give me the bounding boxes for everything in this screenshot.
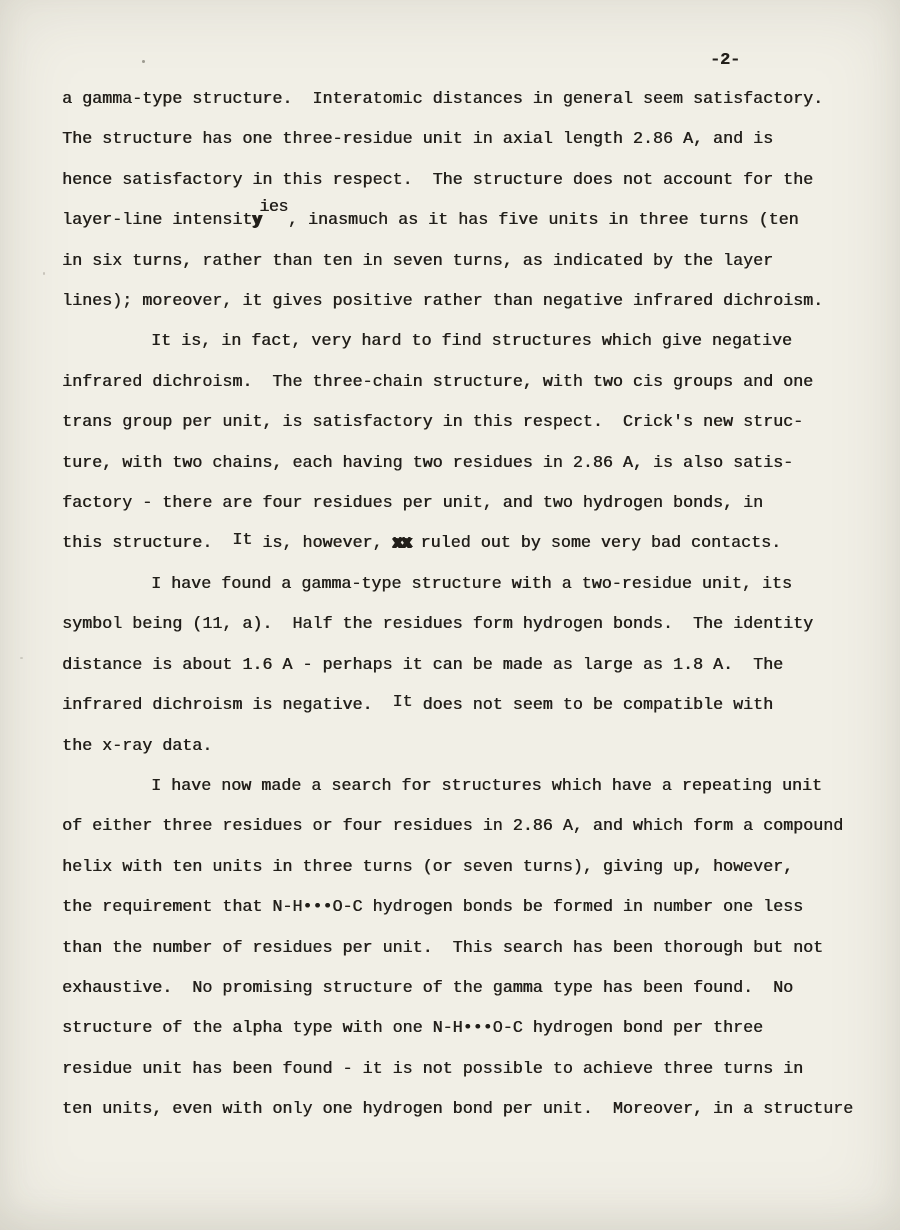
- text-segment: helix with ten units in three turns (or …: [62, 858, 793, 877]
- text-line: I have now made a search for structures …: [62, 767, 882, 807]
- text-segment-sup: ies: [259, 198, 288, 217]
- typewritten-text: a gamma-type structure. Interatomic dist…: [62, 80, 882, 1131]
- text-segment: of either three residues or four residue…: [62, 817, 843, 836]
- text-segment: the x-ray data.: [62, 737, 212, 756]
- text-line: layer-line intensityies, inasmuch as it …: [62, 201, 882, 241]
- text-segment: exhaustive. No promising structure of th…: [62, 979, 793, 998]
- text-line: lines); moreover, it gives positive rath…: [62, 282, 882, 322]
- text-line: the x-ray data.: [62, 727, 882, 767]
- text-line: I have found a gamma-type structure with…: [62, 565, 882, 605]
- text-segment: does not seem to be compatible with: [413, 696, 774, 715]
- text-segment: residue unit has been found - it is not …: [62, 1060, 803, 1079]
- text-segment: ten units, even with only one hydrogen b…: [62, 1100, 853, 1119]
- text-line: symbol being (11, a). Half the residues …: [62, 605, 882, 645]
- text-segment: infrared dichroism. The three-chain stru…: [62, 373, 813, 392]
- text-segment: is, however,: [252, 534, 392, 553]
- text-segment: layer-line intensit: [62, 211, 252, 230]
- text-line: The structure has one three-residue unit…: [62, 120, 882, 160]
- text-line: infrared dichroism is negative. It does …: [62, 686, 882, 726]
- text-line: ture, with two chains, each having two r…: [62, 444, 882, 484]
- text-segment: I have found a gamma-type structure with…: [151, 575, 792, 594]
- text-line: of either three residues or four residue…: [62, 807, 882, 847]
- text-line: than the number of residues per unit. Th…: [62, 929, 882, 969]
- text-segment: a gamma-type structure. Interatomic dist…: [62, 90, 823, 109]
- text-line: the requirement that N-H•••O-C hydrogen …: [62, 888, 882, 928]
- text-segment: The structure has one three-residue unit…: [62, 130, 773, 149]
- text-segment: than the number of residues per unit. Th…: [62, 939, 823, 958]
- text-segment: It is, in fact, very hard to find struct…: [151, 332, 792, 351]
- text-line: a gamma-type structure. Interatomic dist…: [62, 80, 882, 120]
- page-number: -2-: [710, 41, 740, 81]
- text-line: this structure. It is, however, xx ruled…: [62, 524, 882, 564]
- text-segment: I have now made a search for structures …: [151, 777, 822, 796]
- text-segment: infrared dichroism is negative.: [62, 696, 392, 715]
- text-line: ten units, even with only one hydrogen b…: [62, 1090, 882, 1130]
- text-segment: factory - there are four residues per un…: [62, 494, 763, 513]
- text-segment: distance is about 1.6 A - perhaps it can…: [62, 656, 783, 675]
- paper-speck: [142, 60, 145, 63]
- document-page: -2- a gamma-type structure. Interatomic …: [0, 0, 900, 1230]
- text-segment-blot: xx: [392, 534, 410, 553]
- text-segment: in six turns, rather than ten in seven t…: [62, 252, 773, 271]
- text-line: infrared dichroism. The three-chain stru…: [62, 363, 882, 403]
- paper-speck: [20, 657, 23, 659]
- text-segment: symbol being (11, a). Half the residues …: [62, 615, 813, 634]
- text-segment: , inasmuch as it has five units in three…: [288, 211, 799, 230]
- text-segment: hence satisfactory in this respect. The …: [62, 171, 813, 190]
- text-line: distance is about 1.6 A - perhaps it can…: [62, 646, 882, 686]
- text-segment: ture, with two chains, each having two r…: [62, 454, 793, 473]
- text-line: helix with ten units in three turns (or …: [62, 848, 882, 888]
- text-segment: structure of the alpha type with one N-H…: [62, 1019, 763, 1038]
- text-segment: this structure.: [62, 534, 232, 553]
- text-line: in six turns, rather than ten in seven t…: [62, 242, 882, 282]
- text-line: exhaustive. No promising structure of th…: [62, 969, 882, 1009]
- text-segment-up: It: [232, 531, 252, 550]
- text-line: structure of the alpha type with one N-H…: [62, 1009, 882, 1049]
- text-segment: ruled out by some very bad contacts.: [411, 534, 782, 553]
- paper-speck: [43, 272, 45, 275]
- text-line: residue unit has been found - it is not …: [62, 1050, 882, 1090]
- text-line: hence satisfactory in this respect. The …: [62, 161, 882, 201]
- text-line: factory - there are four residues per un…: [62, 484, 882, 524]
- text-line: It is, in fact, very hard to find struct…: [62, 322, 882, 362]
- text-segment: the requirement that N-H•••O-C hydrogen …: [62, 898, 803, 917]
- text-line: trans group per unit, is satisfactory in…: [62, 403, 882, 443]
- text-segment: lines); moreover, it gives positive rath…: [62, 292, 823, 311]
- text-segment: trans group per unit, is satisfactory in…: [62, 413, 803, 432]
- text-segment-up: It: [392, 693, 412, 712]
